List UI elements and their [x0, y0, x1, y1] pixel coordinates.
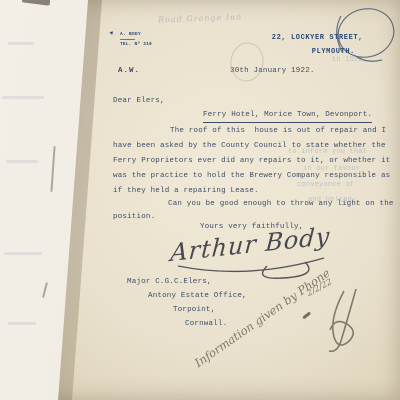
salutation: Dear Elers, — [113, 96, 165, 106]
body-line: position. — [113, 212, 155, 222]
stamp-divider — [120, 39, 135, 40]
ghost-print-line — [4, 252, 42, 255]
pencil-initials-monogram-icon — [329, 289, 356, 351]
body-line: The roof of this house is out of repair … — [170, 126, 386, 136]
bleed-through-fragment: conveyance of — [297, 181, 354, 189]
ghost-print-line — [2, 96, 44, 99]
bleed-through-fragment: and obliga- — [308, 196, 356, 204]
subject-line: Ferry Hotel, Morice Town, Devonport. — [203, 110, 372, 123]
bleed-ghost-date: th 1922, — [332, 56, 367, 64]
stamp-triangle-icon: ▼ — [109, 30, 114, 38]
recipient-town: Torpoint, — [173, 305, 215, 315]
ghost-print-line — [8, 42, 34, 45]
ghost-print-line — [8, 322, 36, 325]
stamp-telephone: TEL. Nº 219 — [120, 42, 152, 47]
bleed-through-fragment: to inform you that — [288, 148, 367, 156]
letter-date: 30th January 1922. — [230, 66, 315, 76]
body-line: if they held a repairing Lease. — [113, 186, 259, 196]
bleed-through-handwriting: Road Grange Inn — [158, 13, 243, 25]
pencil-dash-mark — [302, 311, 311, 319]
letterhead-city: PLYMOUTH. — [312, 48, 355, 56]
pencil-annotation-note: Information given by Phone — [192, 266, 333, 370]
letterhead-street: 22, LOCKYER STREET, — [272, 34, 363, 42]
ghost-print-line — [6, 160, 38, 163]
recipient-office: Antony Estate Office, — [148, 291, 247, 301]
stamp-name: A. BODY — [120, 32, 141, 37]
letter-photo: Road Grange Inn ▼ A. BODY TEL. Nº 219 22… — [0, 0, 400, 400]
reference-initials: A.W. — [118, 66, 140, 76]
faint-pencil-circle-icon — [229, 41, 266, 83]
recipient-county: Cornwall. — [185, 319, 227, 329]
body-line: Can you be good enough to throw any ligh… — [168, 199, 394, 209]
bleed-through-fragment: in our favour — [303, 165, 360, 173]
recipient-name: Major C.G.C.Elers, — [127, 277, 212, 287]
